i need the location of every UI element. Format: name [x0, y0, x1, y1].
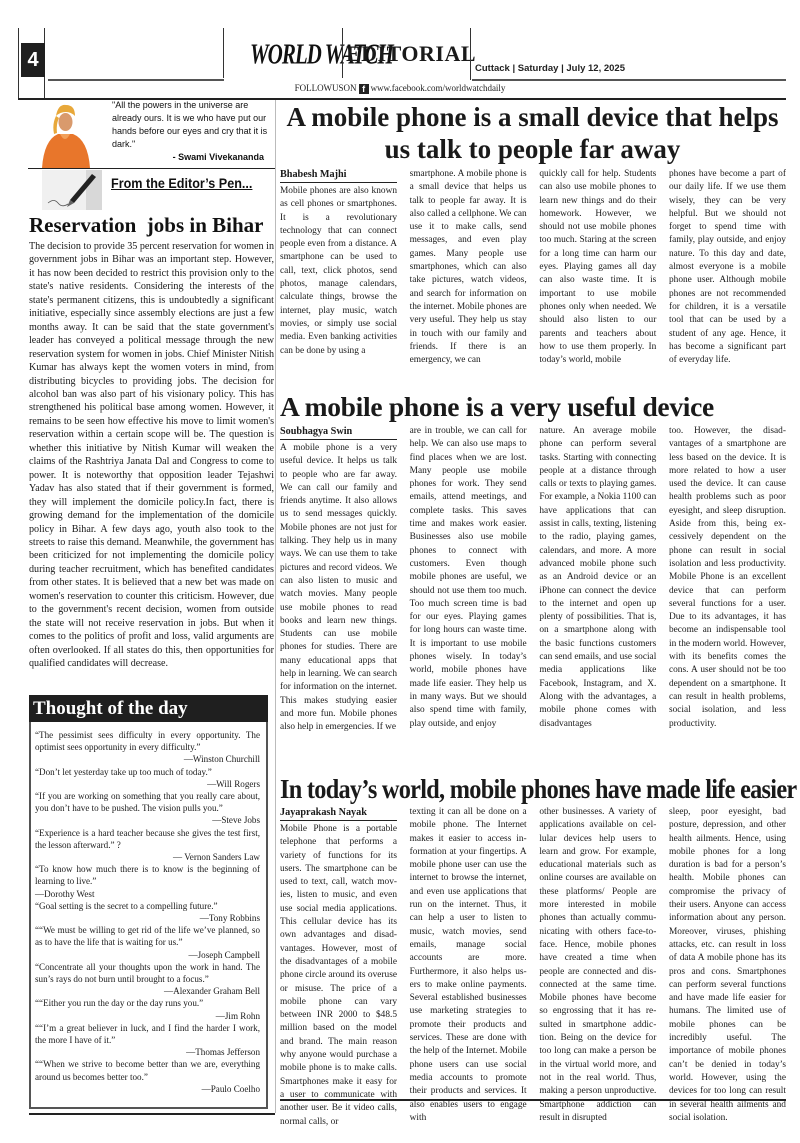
quote-author: —Tony Robbins — [35, 912, 260, 924]
article-column: phones have become a part of our daily l… — [669, 168, 786, 367]
thought-of-the-day-heading: Thought of the day — [29, 695, 268, 722]
quote-text: "All the powers in the universe are alre… — [112, 100, 267, 149]
thought-quote: “Experience is a hard teacher because sh… — [35, 827, 260, 864]
article-byline: Jayaprakash Nayak — [280, 806, 397, 821]
quote-author: - Swami Vivekananda — [112, 151, 270, 164]
article-column: sleep, poor eyesight, bad posture, depre… — [669, 806, 786, 1129]
quote-text: “Goal setting is the secret to a compell… — [35, 900, 260, 912]
header-divider — [342, 28, 343, 78]
quote-text: “If you are working on something that yo… — [35, 790, 260, 814]
quote-text: “To know how much there is to know is th… — [35, 863, 260, 887]
facebook-link[interactable]: www.facebook.com/worldwatchdaily — [371, 83, 506, 93]
follow-us-bar: FOLLOWUSONfwww.facebook.com/worldwatchda… — [0, 83, 800, 94]
article-column: smartphone. A mobile phone is a small de… — [410, 168, 527, 367]
divider — [280, 1099, 786, 1101]
quote-author: —Paulo Coelho — [35, 1083, 260, 1095]
editors-pen-heading: From the Editor’s Pen... — [111, 175, 252, 191]
dateline: Cuttack | Saturday | July 12, 2025 — [475, 63, 625, 74]
article-column: Bhabesh Majhi Mobile phones are also kno… — [280, 168, 397, 367]
article-column: are in trouble, we can call for help. We… — [410, 425, 527, 735]
thought-quote: ““When we strive to become better than w… — [35, 1058, 260, 1095]
quote-text: ““I’m a great believer in luck, and I fi… — [35, 1022, 260, 1046]
quote-author: —Joseph Campbell — [35, 949, 260, 961]
article-column: nature. An average mobile phone can perf… — [539, 425, 656, 735]
article-column: too. However, the disad­vantages of a sm… — [669, 425, 786, 735]
quote-text: “The pessimist sees difficulty in every … — [35, 729, 260, 753]
article-2-headline: A mobile phone is a very useful device — [280, 390, 785, 424]
quote-author: —Alexander Graham Bell — [35, 985, 260, 997]
article-3-headline: In today’s world, mobile phones have mad… — [280, 772, 735, 806]
quote-text: ““When we strive to become better than w… — [35, 1058, 260, 1082]
quote-box: "All the powers in the universe are alre… — [112, 99, 270, 164]
fountain-pen-icon — [42, 170, 102, 210]
article-byline: Bhabesh Majhi — [280, 168, 397, 183]
article-column: Jayaprakash Nayak Mobile Phone is a port… — [280, 806, 397, 1129]
quote-author: — Vernon Sanders Law — [35, 851, 260, 863]
thought-quote: ““Either you run the day or the day runs… — [35, 997, 260, 1021]
thought-quote: “If you are working on something that yo… — [35, 790, 260, 827]
thought-quote: “Concentrate all your thoughts upon the … — [35, 961, 260, 998]
article-1-body: Bhabesh Majhi Mobile phones are also kno… — [280, 168, 786, 367]
thought-of-the-day-box: “The pessimist sees difficulty in every … — [29, 722, 268, 1109]
thought-quote: “To know how much there is to know is th… — [35, 863, 260, 900]
quote-author: —Winston Churchill — [35, 753, 260, 765]
thought-quote: ““I’m a great believer in luck, and I fi… — [35, 1022, 260, 1059]
header-rule — [48, 79, 224, 81]
header-divider — [223, 28, 224, 78]
thought-quote: ““We must be willing to get rid of the l… — [35, 924, 260, 961]
article-column: other businesses. A variety of applicati… — [539, 806, 656, 1129]
quote-author: —Dorothy West — [35, 888, 260, 900]
divider — [28, 168, 275, 169]
article-byline: Soubhagya Swin — [280, 425, 397, 440]
facebook-icon: f — [359, 84, 369, 94]
article-3-body: Jayaprakash Nayak Mobile Phone is a port… — [280, 806, 786, 1129]
column-text: Mobile phones are also known as cell pho… — [280, 185, 397, 358]
thought-quote: “Don’t let yesterday take up too much of… — [35, 766, 260, 790]
quote-text: “Concentrate all your thoughts upon the … — [35, 961, 260, 985]
column-separator — [275, 100, 276, 1113]
divider — [29, 1113, 275, 1115]
article-1-headline: A mobile phone is a small device that he… — [280, 101, 785, 165]
section-title: EDITORIAL — [346, 41, 476, 67]
quote-author: —Steve Jobs — [35, 814, 260, 826]
editorial-body: The decision to provide 35 percent reser… — [29, 240, 274, 671]
article-column: Soubhagya Swin A mobile phone is a very … — [280, 425, 397, 735]
article-column: quickly call for help. Stu­dents can als… — [539, 168, 656, 367]
thought-quote: “Goal setting is the secret to a compell… — [35, 900, 260, 924]
quote-text: ““Either you run the day or the day runs… — [35, 997, 260, 1009]
quote-author: —Thomas Jefferson — [35, 1046, 260, 1058]
quote-text: “Don’t let yesterday take up too much of… — [35, 766, 260, 778]
thought-quote: “The pessimist sees difficulty in every … — [35, 729, 260, 766]
vivekananda-portrait-icon — [38, 100, 93, 168]
editorial-title: Reservation jobs in Bihar — [29, 213, 274, 238]
follow-label: FOLLOWUSON — [295, 83, 357, 93]
column-text: A mobile phone is a very useful device. … — [280, 442, 397, 735]
article-column: texting it can all be done on a mobile p… — [410, 806, 527, 1129]
quote-author: —Jim Rohn — [35, 1010, 260, 1022]
header-rule — [472, 79, 786, 81]
quote-text: ““We must be willing to get rid of the l… — [35, 924, 260, 948]
page-number: 4 — [21, 43, 45, 77]
column-text: Mobile Phone is a portable telephone tha… — [280, 823, 397, 1129]
quote-text: “Experience is a hard teacher because sh… — [35, 827, 260, 851]
header-divider — [470, 28, 471, 80]
quote-author: —Will Rogers — [35, 778, 260, 790]
article-2-body: Soubhagya Swin A mobile phone is a very … — [280, 425, 786, 735]
